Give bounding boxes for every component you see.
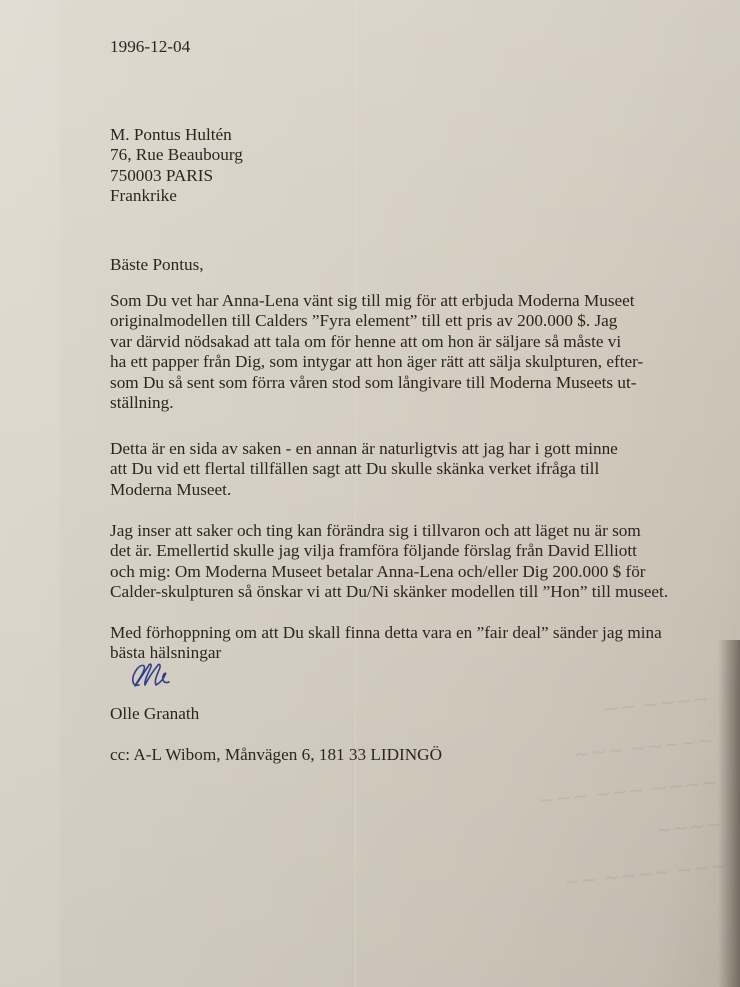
recipient-street: 76, Rue Beaubourg [110, 145, 243, 165]
paragraph-4: Med förhoppning om att Du skall finna de… [110, 623, 662, 664]
text-line: Med förhoppning om att Du skall finna de… [110, 623, 662, 643]
signature-icon [127, 661, 175, 689]
paragraph-3: Jag inser att saker och ting kan förändr… [110, 521, 668, 603]
recipient-name: M. Pontus Hultén [110, 125, 243, 145]
text-line: Jag inser att saker och ting kan förändr… [110, 521, 668, 541]
paragraph-2: Detta är en sida av saken - en annan är … [110, 439, 618, 500]
text-line: ställning. [110, 393, 643, 413]
text-line: Detta är en sida av saken - en annan är … [110, 439, 618, 459]
recipient-country: Frankrike [110, 186, 243, 206]
text-line: och mig: Om Moderna Museet betalar Anna-… [110, 562, 668, 582]
bleed-through-handwriting: ~~ ~~~~~~~ ~~~~~~~~ ~~~ ~~~~~~~~~~ ~~~~ … [448, 677, 732, 943]
recipient-address: M. Pontus Hultén 76, Rue Beaubourg 75000… [110, 125, 243, 207]
text-line: bästa hälsningar [110, 643, 662, 663]
text-line: ha ett papper från Dig, som intygar att … [110, 352, 643, 372]
letter-date: 1996-12-04 [110, 37, 190, 57]
greeting: Bäste Pontus, [110, 255, 204, 275]
text-line: som Du så sent som förra våren stod som … [110, 373, 643, 393]
signer-name: Olle Granath [110, 704, 199, 724]
recipient-city: 750003 PARIS [110, 166, 243, 186]
text-line: originalmodellen till Calders ”Fyra elem… [110, 311, 643, 331]
paragraph-1: Som Du vet har Anna-Lena vänt sig till m… [110, 291, 643, 413]
cc-line: cc: A-L Wibom, Månvägen 6, 181 33 LIDING… [110, 745, 442, 765]
text-line: Calder-skulpturen så önskar vi att Du/Ni… [110, 582, 668, 602]
text-line: var därvid nödsakad att tala om för henn… [110, 332, 643, 352]
text-line: Som Du vet har Anna-Lena vänt sig till m… [110, 291, 643, 311]
page-edge-shadow [718, 640, 740, 987]
text-line: att Du vid ett flertal tillfällen sagt a… [110, 459, 618, 479]
text-line: det är. Emellertid skulle jag vilja fram… [110, 541, 668, 561]
text-line: Moderna Museet. [110, 480, 618, 500]
